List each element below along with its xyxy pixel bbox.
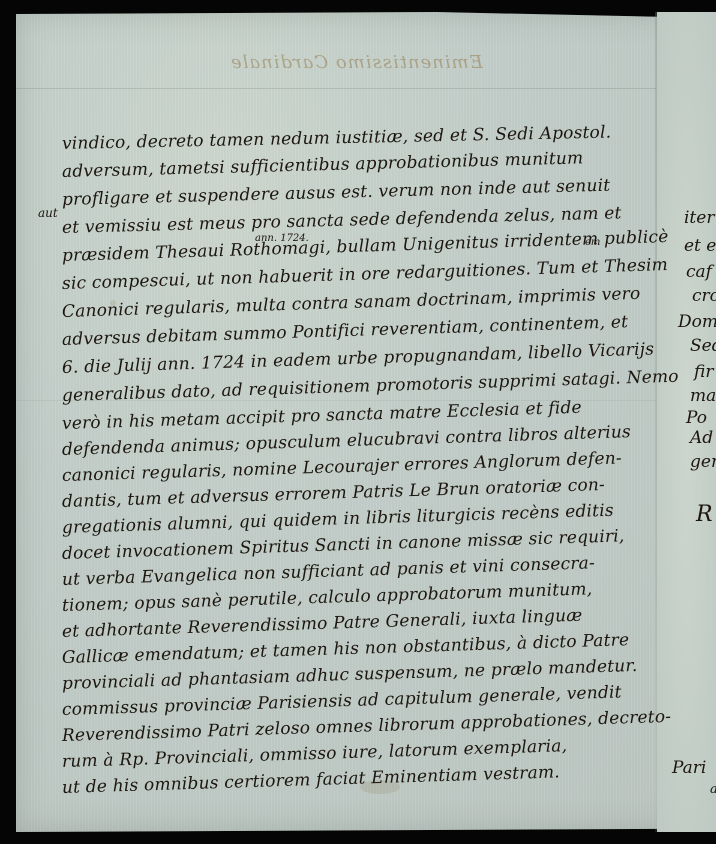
adjacent-fragment: Ad (690, 428, 713, 448)
adjacent-fragment: iter (684, 208, 714, 228)
adjacent-fragment: Dom (678, 312, 716, 332)
margin-correction: aut (38, 206, 58, 220)
adjacent-fragment: cro (692, 286, 716, 306)
adjacent-fragment: Sed (690, 336, 716, 356)
interlinear-date-note: ann. 1724. (255, 233, 309, 244)
adjacent-fragment: a (710, 782, 716, 797)
adjacent-fragment: Pari (672, 758, 706, 778)
adjacent-fragment: ger (690, 452, 716, 472)
adjacent-fragment: Po (686, 408, 707, 428)
interlinear-correction: em (585, 237, 600, 248)
paper-crease (16, 88, 656, 89)
bleed-through-text: Eminentissimo Cardinale (230, 52, 483, 73)
adjacent-fragment: caf (686, 262, 712, 282)
adjacent-fragment: fir (694, 362, 713, 382)
adjacent-fragment: et e (684, 236, 716, 256)
adjacent-fragment: R (696, 502, 713, 527)
adjacent-fragment: ma (690, 386, 716, 406)
